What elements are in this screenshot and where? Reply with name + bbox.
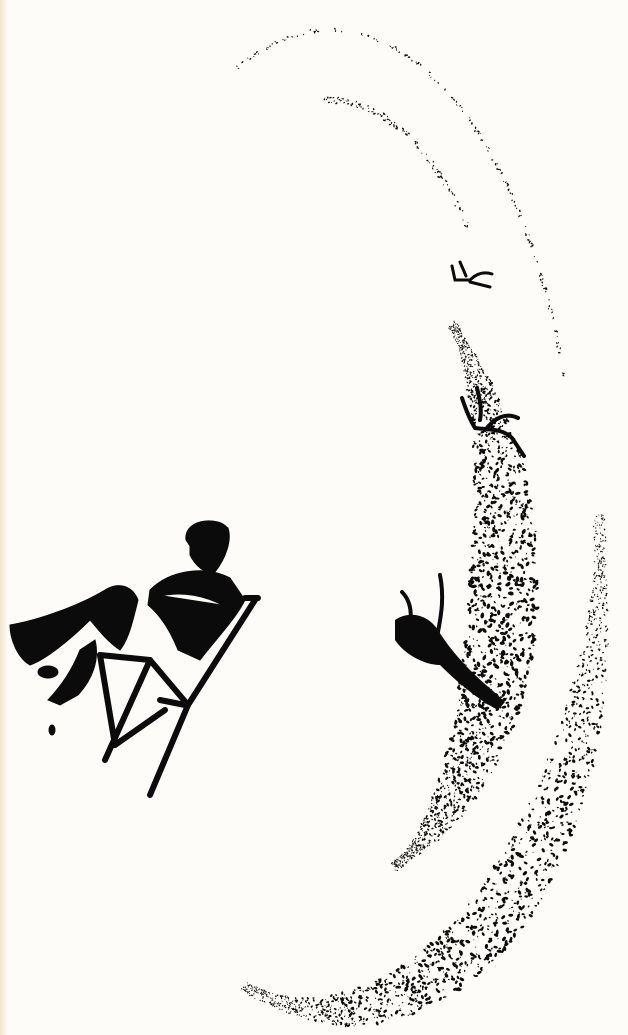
illustration-canvas [0,0,628,1035]
shoe [38,666,58,678]
torso [148,571,245,660]
raised-leg [10,586,138,665]
stippled-track [236,27,609,1027]
seated-man [10,521,258,795]
diver-small [452,262,492,287]
shoe-drip [49,725,55,735]
